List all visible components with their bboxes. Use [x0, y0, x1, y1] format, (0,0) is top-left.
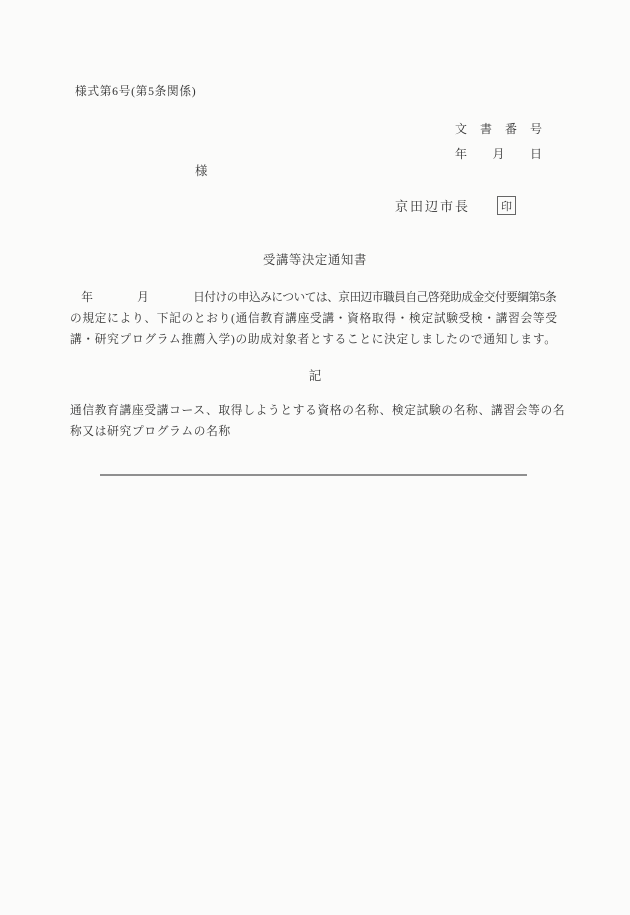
- item-line-1: 通信教育講座受講コース、取得しようとする資格の名称、検定試験の名称、講習会等の名: [70, 400, 570, 421]
- body-line-2: の規定により、下記のとおり(通信教育講座受講・資格取得・検定試験受検・講習会等受: [70, 308, 570, 329]
- item-line-2: 称又は研究プログラムの名称: [70, 421, 570, 442]
- date-blank-line: 年 月 日: [455, 145, 543, 162]
- item-description: 通信教育講座受講コース、取得しようとする資格の名称、検定試験の名称、講習会等の名…: [70, 400, 570, 442]
- document-number-label: 文 書 番 号: [455, 120, 543, 137]
- sender-name: 京田辺市長: [395, 196, 470, 215]
- fill-in-rule: [100, 474, 527, 476]
- inkan-seal-icon: 印: [497, 196, 516, 215]
- note-marker: 記: [0, 366, 630, 384]
- addressee-suffix: 様: [195, 161, 208, 179]
- document-title: 受講等決定通知書: [0, 250, 630, 268]
- body-line-3: 講・研究プログラム推薦入学)の助成対象者とすることに決定しましたので通知します。: [70, 329, 570, 350]
- document-page: 様式第6号(第5条関係) 文 書 番 号 年 月 日 様 京田辺市長 印 受講等…: [0, 0, 630, 915]
- body-line-1: 年 月 日付けの申込みについては、京田辺市職員自己啓発助成金交付要綱第5条: [70, 287, 570, 308]
- body-paragraph: 年 月 日付けの申込みについては、京田辺市職員自己啓発助成金交付要綱第5条 の規…: [70, 287, 570, 350]
- form-number: 様式第6号(第5条関係): [75, 83, 196, 99]
